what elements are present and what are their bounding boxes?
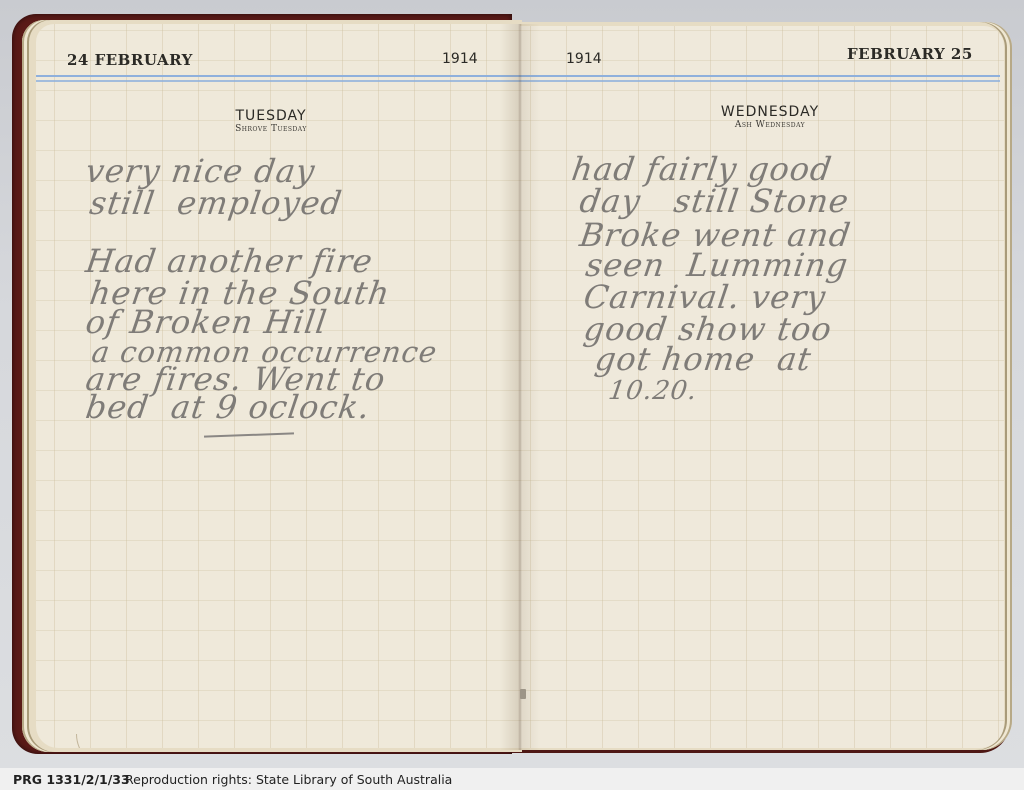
header-rule xyxy=(520,80,1000,82)
handwriting-line: very nice day xyxy=(84,156,317,187)
handwriting-line: 10.20. xyxy=(588,376,700,407)
handwriting-line: Carnival. very xyxy=(582,282,828,313)
diary-page-right: 1914 FEBRUARY 25 WEDNESDAY Ash Wednesday… xyxy=(520,26,1004,748)
handwriting-line: day still Stone xyxy=(578,186,851,217)
handwriting-line: of Broken Hill xyxy=(84,307,329,338)
diary-page-left: 24 FEBRUARY 1914 TUESDAY Shrove Tuesday … xyxy=(36,24,520,748)
header-rule xyxy=(36,75,520,77)
right-observance: Ash Wednesday xyxy=(670,120,870,130)
handwriting-line: seen Lumming xyxy=(584,250,850,281)
handwriting-line: got home at xyxy=(582,344,814,375)
header-rule xyxy=(520,75,1000,77)
right-year: 1914 xyxy=(566,51,602,67)
handwriting-line: had fairly good xyxy=(570,154,834,185)
left-year: 1914 xyxy=(442,51,478,67)
right-date-header: FEBRUARY 25 xyxy=(847,45,973,63)
handwriting-line: still employed xyxy=(88,188,344,219)
right-weekday: WEDNESDAY xyxy=(670,104,870,120)
underline-stroke xyxy=(204,432,294,437)
header-rule xyxy=(36,80,520,82)
caption-bar: PRG 1331/2/1/33 Reproduction rights: Sta… xyxy=(0,768,1024,790)
reproduction-rights: Reproduction rights: State Library of So… xyxy=(125,772,452,787)
archive-reference: PRG 1331/2/1/33 xyxy=(13,772,130,787)
handwriting-line: bed at 9 oclock. xyxy=(84,392,372,423)
left-date-header: 24 FEBRUARY xyxy=(67,51,193,69)
binding-staple xyxy=(520,689,526,699)
page-curl xyxy=(76,734,137,748)
left-observance: Shrove Tuesday xyxy=(171,124,371,134)
handwriting-line: Had another fire xyxy=(84,246,375,277)
left-weekday: TUESDAY xyxy=(171,108,371,124)
